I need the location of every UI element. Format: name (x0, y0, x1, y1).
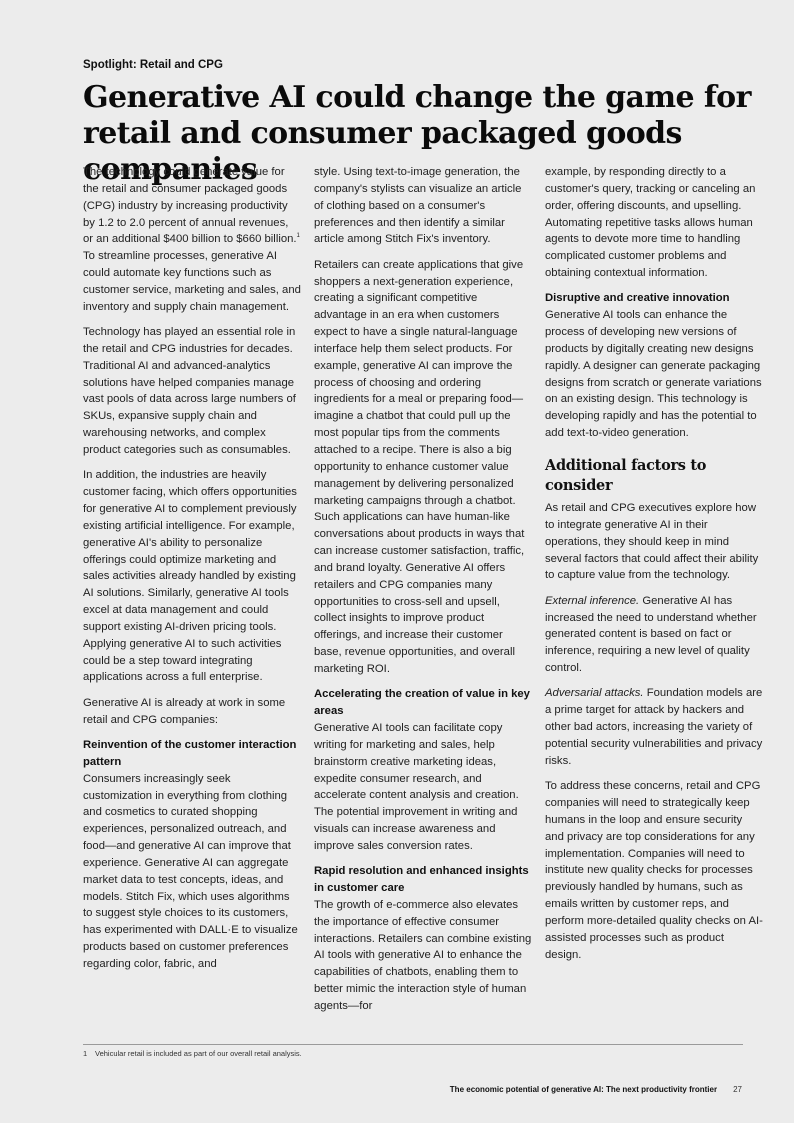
footnote-ref[interactable]: 1 (297, 234, 300, 240)
footnote-number: 1 (83, 1049, 95, 1058)
paragraph: External inference. Generative AI has in… (545, 593, 763, 677)
column-1: The technology could generate value for … (83, 164, 301, 981)
column-3: example, by responding directly to a cus… (545, 164, 763, 972)
paragraph: Generative AI tools can facilitate copy … (314, 720, 532, 855)
section-kicker: Spotlight: Retail and CPG (83, 59, 223, 71)
paragraph: example, by responding directly to a cus… (545, 164, 763, 282)
inline-lead: Adversarial attacks. (545, 687, 644, 699)
paragraph: Retailers can create applications that g… (314, 257, 532, 678)
running-footer: The economic potential of generative AI:… (450, 1085, 742, 1094)
subheading-disruptive: Disruptive and creative innovation (545, 290, 763, 307)
paragraph: Generative AI is already at work in some… (83, 695, 301, 729)
column-2: style. Using text-to-image generation, t… (314, 164, 532, 1023)
paragraph: Generative AI tools can enhance the proc… (545, 307, 763, 442)
inline-lead: External inference. (545, 595, 639, 607)
paragraph: Consumers increasingly seek customizatio… (83, 771, 301, 973)
footnote-divider (83, 1044, 743, 1045)
paragraph: style. Using text-to-image generation, t… (314, 164, 532, 248)
footnote: 1Vehicular retail is included as part of… (83, 1049, 302, 1058)
subheading-rapid-resolution: Rapid resolution and enhanced insights i… (314, 863, 532, 897)
paragraph: In addition, the industries are heavily … (83, 467, 301, 686)
subheading-accelerating: Accelerating the creation of value in ke… (314, 686, 532, 720)
paragraph: To address these concerns, retail and CP… (545, 778, 763, 963)
footnote-text: Vehicular retail is included as part of … (95, 1049, 302, 1058)
paragraph: As retail and CPG executives explore how… (545, 500, 763, 584)
paragraph: Adversarial attacks. Foundation models a… (545, 685, 763, 769)
intro-paragraph: The technology could generate value for … (83, 164, 301, 316)
paragraph: Technology has played an essential role … (83, 324, 301, 459)
paragraph: The growth of e-commerce also elevates t… (314, 897, 532, 1015)
subheading-reinvention: Reinvention of the customer interaction … (83, 737, 301, 771)
section-heading-additional-factors: Additional factors to consider (545, 456, 763, 496)
report-title: The economic potential of generative AI:… (450, 1085, 717, 1094)
page-number: 27 (733, 1085, 742, 1094)
